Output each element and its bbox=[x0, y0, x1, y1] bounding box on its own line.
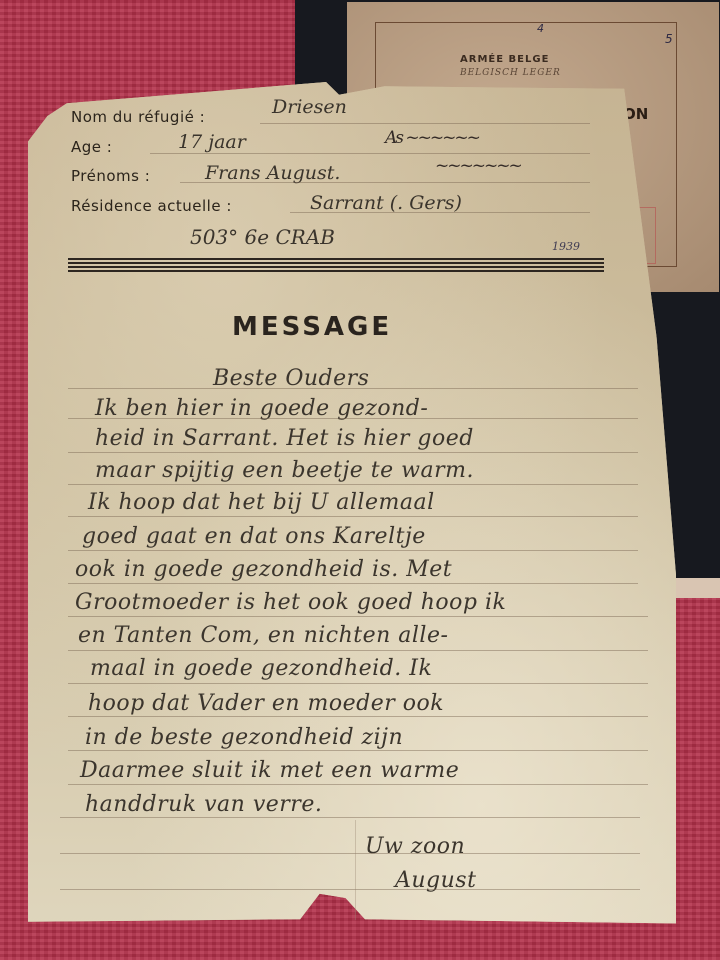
card-title-fr: ARMÉE BELGE bbox=[460, 54, 549, 65]
rule bbox=[68, 516, 638, 517]
rule bbox=[68, 550, 638, 551]
message-title: MESSAGE bbox=[232, 312, 392, 342]
field-label-name: Nom du réfugié : bbox=[71, 108, 205, 126]
message-line: handdruk van verre. bbox=[85, 792, 322, 817]
message-line: Daarmee sluit ik met een warme bbox=[80, 758, 459, 783]
rule bbox=[68, 388, 638, 389]
unit-annotation: 503° 6e CRAB bbox=[190, 225, 335, 249]
field-value-residence: Sarrant (. Gers) bbox=[310, 192, 462, 214]
message-line: maal in goede gezondheid. Ik bbox=[90, 656, 432, 681]
rule bbox=[260, 123, 590, 124]
rule bbox=[180, 182, 590, 183]
message-line: in de beste gezondheid zijn bbox=[85, 725, 403, 750]
message-line: Ik hoop dat het bij U allemaal bbox=[88, 490, 435, 515]
field-label-age: Age : bbox=[71, 138, 112, 156]
rule bbox=[60, 817, 640, 818]
message-line: goed gaat en dat ons Kareltje bbox=[82, 524, 426, 549]
rule bbox=[290, 212, 590, 213]
censored-mark-2: ~~~~~~~ bbox=[435, 156, 521, 176]
card-corner-number: 5 bbox=[665, 32, 673, 46]
rule bbox=[68, 750, 648, 751]
rule bbox=[68, 583, 638, 584]
field-label-residence: Résidence actuelle : bbox=[71, 197, 232, 215]
rule bbox=[60, 853, 640, 854]
card-title-nl: BELGISCH LEGER bbox=[460, 68, 561, 78]
rule bbox=[68, 650, 648, 651]
closing: Uw zoon bbox=[365, 834, 465, 859]
rule bbox=[150, 153, 590, 154]
message-line: heid in Sarrant. Het is hier goed bbox=[95, 426, 474, 451]
rule bbox=[68, 784, 648, 785]
message-line: maar spijtig een beetje te warm. bbox=[95, 458, 474, 483]
year-annotation: 1939 bbox=[552, 240, 580, 253]
field-value-prenoms: Frans August. bbox=[205, 162, 340, 184]
rule bbox=[68, 484, 638, 485]
rule bbox=[68, 452, 638, 453]
message-line: en Tanten Com, en nichten alle- bbox=[78, 623, 448, 648]
field-value-age: 17 jaar bbox=[178, 131, 246, 153]
rule bbox=[68, 683, 648, 684]
message-line: hoop dat Vader en moeder ook bbox=[88, 691, 444, 716]
censored-mark-1: As ~~~~~~ bbox=[385, 128, 479, 148]
field-label-prenoms: Prénoms : bbox=[71, 167, 150, 185]
rule bbox=[68, 716, 648, 717]
message-line: ook in goede gezondheid is. Met bbox=[75, 557, 452, 582]
rule bbox=[68, 418, 638, 419]
card-top-mark: 4 bbox=[537, 22, 544, 35]
message-line: Grootmoeder is het ook goed hoop ik bbox=[75, 590, 506, 615]
rule bbox=[68, 616, 648, 617]
decorative-rule-bars bbox=[68, 258, 604, 274]
rule bbox=[60, 889, 640, 890]
paper-fold bbox=[355, 820, 356, 920]
field-value-name: Driesen bbox=[272, 96, 347, 118]
